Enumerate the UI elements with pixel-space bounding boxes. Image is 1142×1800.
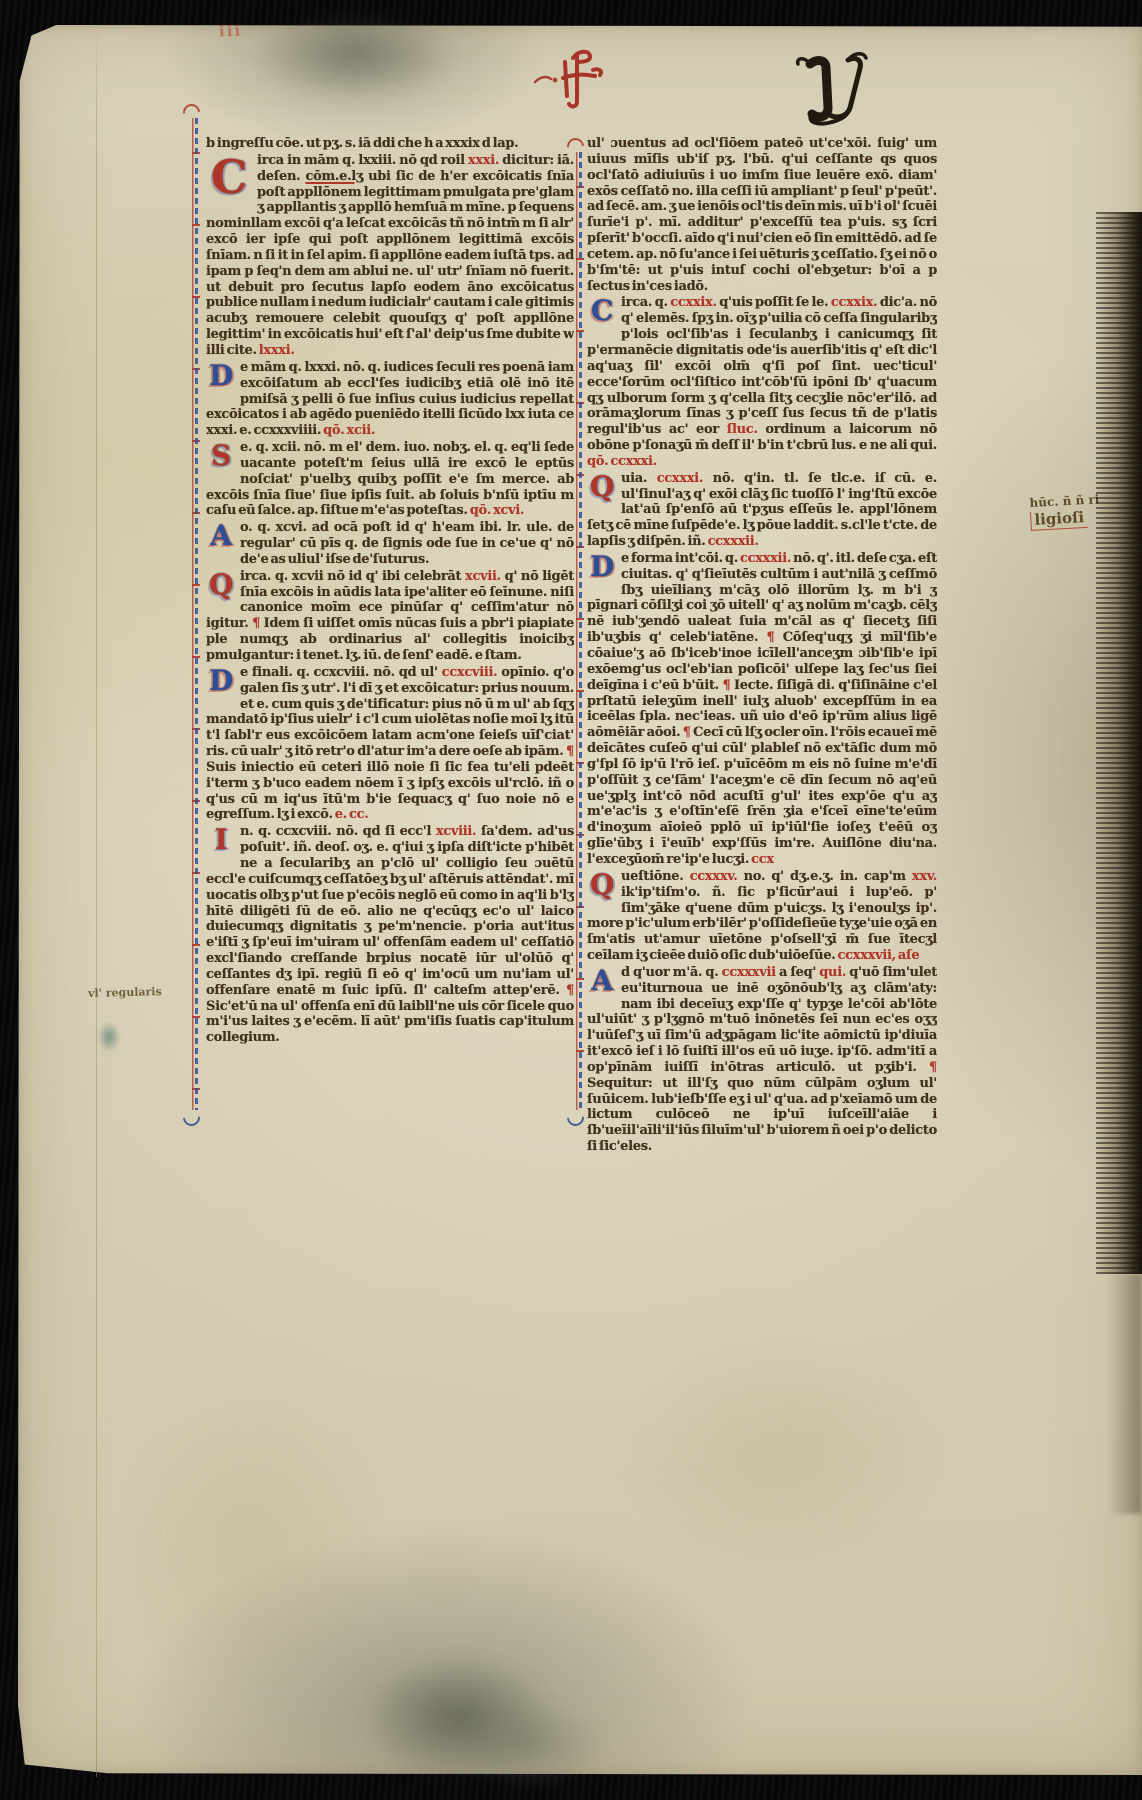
rubric-red-text: ccxxxii. xyxy=(708,534,759,549)
rubric-red-text: ccxxix. xyxy=(831,295,877,310)
folio-number-v xyxy=(788,42,878,128)
illuminated-initial: A xyxy=(206,521,236,552)
red-monogram-icon xyxy=(527,44,623,118)
manuscript-paragraph: b ingreſſu cōe. ut pʒ. s. iā ddi che h a… xyxy=(206,136,574,152)
photograph-frame: { "palette":{"background":"#070708","par… xyxy=(0,0,1142,1800)
rubric-red-text: ccxxxvii xyxy=(722,965,776,980)
manuscript-paragraph: Qirca. q. xcvii nō id q' ibi celebrāt xc… xyxy=(206,569,574,664)
illuminated-initial: D xyxy=(206,666,236,697)
illuminated-initial: Q xyxy=(587,870,617,901)
manuscript-paragraph: Queſtiōne. ccxxxv. no. q' dʒ.e.ʒ. in. ca… xyxy=(587,869,937,964)
manuscript-paragraph: De forma int'cōi. q. ccxxxii. nō. q'. it… xyxy=(587,551,937,868)
rubric-red-text: ¶ xyxy=(566,983,574,998)
rubric-red-text: ccxxix. xyxy=(670,295,716,310)
rubric-red-text: qō. xcii. xyxy=(323,423,375,438)
manuscript-paragraph: De mām q. lxxxi. nō. q. iudices ſeculi r… xyxy=(206,360,574,439)
rubric-red-text: xxv. xyxy=(912,869,937,884)
rubric-red-text: ¶ xyxy=(767,630,775,645)
rubric-red-text: ¶ xyxy=(252,616,260,631)
illuminated-initial: D xyxy=(206,361,236,392)
text-column-left: b ingreſſu cōe. ut pʒ. s. iā ddi che h a… xyxy=(206,136,574,1244)
manuscript-paragraph: Ao. q. xcvi. ad ocā poſt id q' h'eam ibi… xyxy=(206,520,574,568)
rubric-red-text: xxxi. xyxy=(468,153,499,168)
rubric-red-text: ccxcviii. xyxy=(442,665,498,680)
gloss-line-underlined: ligioſi xyxy=(1030,509,1088,531)
manuscript-paragraph: In. q. ccxcviii. nō. qd ſi ecc'l xcviii.… xyxy=(206,824,574,1046)
rubric-red-text: xcvii. xyxy=(465,569,501,584)
rubric-red-text: qō. xcvi. xyxy=(470,503,525,518)
manuscript-paragraph: Se. q. xcii. nō. m el' dem. iuo. nobʒ. e… xyxy=(206,440,574,519)
illuminated-initial: C xyxy=(587,296,617,327)
manuscript-paragraph: Circa in mām q. lxxiii. nō qd roil xxxi.… xyxy=(206,153,574,359)
illuminated-initial: D xyxy=(587,552,617,583)
manuscript-paragraph: Ad q'uor m'ā. q. ccxxxvii a ſeq' qui. q'… xyxy=(587,965,937,1155)
illuminated-initial: Q xyxy=(206,570,236,601)
rubric-red-text: xcviii. xyxy=(436,824,476,839)
rubric-red-text: ¶ xyxy=(683,725,691,740)
rubric-red-text: ccxxxv. xyxy=(690,869,738,884)
manuscript-paragraph: De finali. q. ccxcviii. nō. qd ul' ccxcv… xyxy=(206,665,574,823)
rubric-red-text: ſluc. xyxy=(727,422,758,437)
rubric-red-text: ¶ xyxy=(566,744,574,759)
rubric-red-text: ccxxxii. xyxy=(740,551,791,566)
rubric-red-text: ¶ xyxy=(722,678,730,693)
rubric-red-text: e. cc. xyxy=(335,807,369,822)
red-underlined-text: cōm.e.lʒ xyxy=(305,169,363,184)
book-fore-edge xyxy=(1096,212,1142,1274)
illuminated-initial: C xyxy=(206,154,252,201)
penwork-border-left-column xyxy=(192,118,200,1110)
marginal-gloss-left: vl' regularis xyxy=(88,985,162,1000)
illuminated-initial: Q xyxy=(587,472,617,503)
rubric-red-text: qui. xyxy=(819,965,846,980)
rubric-red-text: qō. ccxxxi. xyxy=(587,454,657,469)
faint-quire-numeral: iii xyxy=(219,22,243,41)
illuminated-initial: A xyxy=(587,966,617,997)
rubric-red-text: ccx xyxy=(751,852,774,867)
margin-ruling-line xyxy=(96,25,97,1777)
book-fore-edge-shadow xyxy=(1108,1274,1142,1514)
rubric-red-text: ¶ xyxy=(929,1060,937,1075)
penwork-border-right-column xyxy=(576,152,584,1110)
rubric-red-text: ccxxxvii, aſe xyxy=(838,948,920,963)
manuscript-paragraph: Circa. q. ccxxix. q'uis poſſit ſe le. cc… xyxy=(587,295,937,469)
illuminated-initial: S xyxy=(206,441,236,472)
illuminated-initial: I xyxy=(206,825,236,856)
rubric-red-text: ccxxxi. xyxy=(657,471,703,486)
manuscript-paragraph: Quia. ccxxxi. nō. q'in. tl. ſe tlc.e. iſ… xyxy=(587,471,937,550)
manuscript-paragraph: ul' ɔuentus ad ocl'ſiōem pateō ut'ce'xōi… xyxy=(587,136,937,294)
text-column-right: ul' ɔuentus ad ocl'ſiōem pateō ut'ce'xōi… xyxy=(587,136,937,1244)
rubric-red-text: lxxxi. xyxy=(259,343,295,358)
